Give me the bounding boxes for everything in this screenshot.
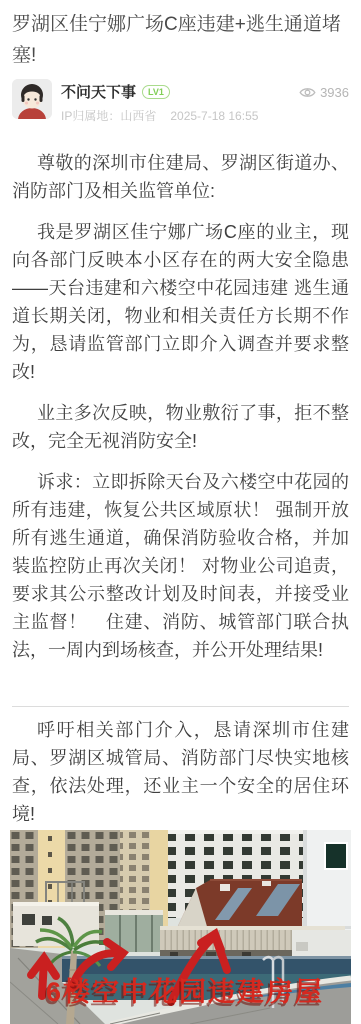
post-page: 罗湖区佳宁娜广场C座违建+逃生通道堵塞! 不问天下事 LV1 bbox=[0, 0, 361, 1024]
view-count: 3936 bbox=[299, 85, 349, 100]
post-paragraph: 呼吁相关部门介入，恳请深圳市住建局、罗湖区城管局、消防部门尽快实地核查，依法处理… bbox=[12, 716, 349, 828]
attachment-photo[interactable]: 6楼空中花园违建房屋 bbox=[10, 830, 351, 1024]
post-body: 尊敬的深圳市住建局、罗湖区街道办、消防部门及相关监管单位: 我是罗湖区佳宁娜广场… bbox=[0, 149, 361, 828]
avatar[interactable] bbox=[12, 79, 52, 119]
post-paragraph: 业主多次反映，物业敷衍了事，拒不整改，完全无视消防安全! bbox=[12, 399, 349, 455]
level-badge: LV1 bbox=[142, 85, 170, 99]
author-name[interactable]: 不问天下事 bbox=[61, 81, 136, 102]
author-row: 不问天下事 LV1 IP归属地：山西省2025-7-18 16:55 3936 bbox=[0, 79, 361, 123]
photo-caption: 6楼空中花园违建房屋 bbox=[46, 976, 346, 1008]
post-title: 罗湖区佳宁娜广场C座违建+逃生通道堵塞! bbox=[0, 0, 361, 71]
post-paragraph: 诉求：立即拆除天台及六楼空中花园的所有违建，恢复公共区域原状！ 强制开放所有逃生… bbox=[12, 468, 349, 664]
post-timestamp: 2025-7-18 16:55 bbox=[170, 109, 258, 123]
section-divider bbox=[12, 706, 349, 707]
avatar-boy-icon bbox=[12, 79, 52, 119]
post-paragraph: 尊敬的深圳市住建局、罗湖区街道办、消防部门及相关监管单位: bbox=[12, 149, 349, 205]
post-meta: IP归属地：山西省2025-7-18 16:55 bbox=[61, 107, 299, 124]
post-paragraph: 我是罗湖区佳宁娜广场C座的业主，现向各部门反映本小区存在的两大安全隐患——天台违… bbox=[12, 218, 349, 386]
author-info: 不问天下事 LV1 IP归属地：山西省2025-7-18 16:55 bbox=[61, 79, 299, 124]
view-count-value: 3936 bbox=[320, 85, 349, 100]
ip-location: IP归属地：山西省 bbox=[61, 109, 156, 123]
eye-icon bbox=[299, 86, 316, 99]
